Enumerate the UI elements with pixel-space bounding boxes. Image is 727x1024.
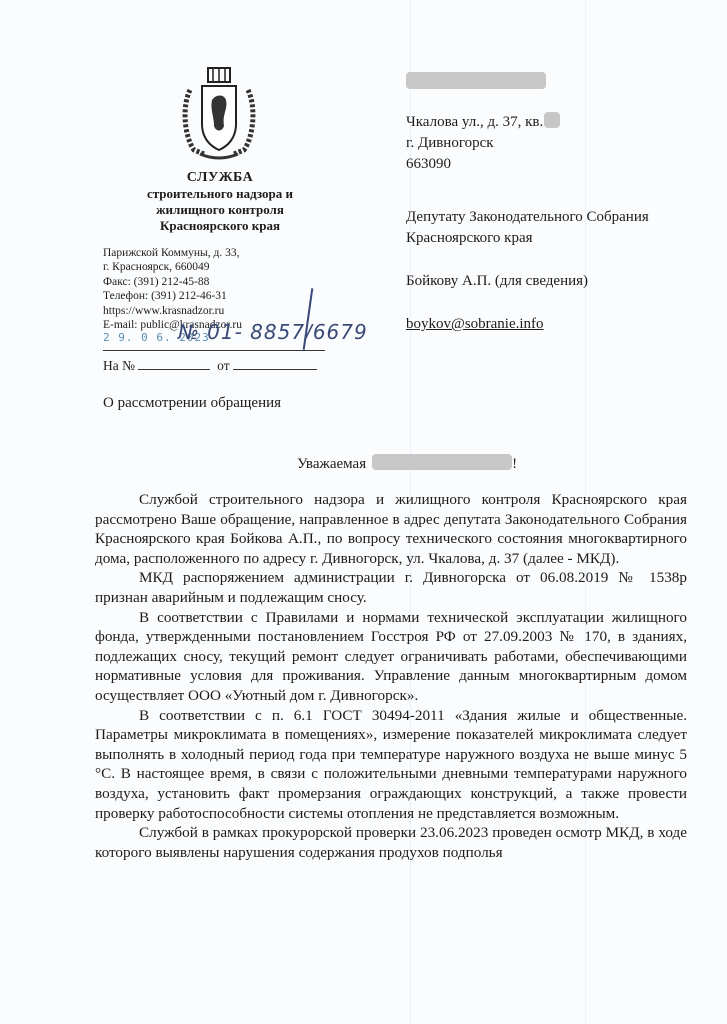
reference-number-blank bbox=[138, 357, 210, 370]
deputy-copy-block: Депутату Законодательного Собрания Красн… bbox=[406, 207, 649, 335]
deputy-title-line: Красноярского края bbox=[406, 228, 649, 249]
agency-line: жилищного контроля bbox=[110, 202, 330, 218]
reference-date-blank bbox=[233, 357, 317, 370]
agency-line: строительного надзора и bbox=[110, 186, 330, 202]
sender-website-link[interactable]: https://www.krasnadzor.ru bbox=[103, 304, 242, 318]
recipient-address: Чкалова ул., д. 37, кв. г. Дивногорск 66… bbox=[406, 112, 560, 175]
recipient-city: г. Дивногорск bbox=[406, 133, 560, 154]
reference-line: На № от bbox=[103, 357, 317, 374]
deputy-email-link[interactable]: boykov@sobranie.info bbox=[406, 314, 649, 335]
agency-line: Красноярского края bbox=[110, 218, 330, 234]
reference-from-label: от bbox=[217, 358, 229, 373]
redacted-apartment-number bbox=[544, 112, 560, 128]
redacted-recipient-name bbox=[406, 72, 546, 89]
letter-subject: О рассмотрении обращения bbox=[103, 395, 281, 412]
sender-address-city: г. Красноярск, 660049 bbox=[103, 260, 242, 274]
deputy-name: Бойкову А.П. (для сведения) bbox=[406, 271, 649, 292]
handwritten-registration-number: № 01- 8857/6679 bbox=[178, 320, 368, 344]
salutation-suffix: ! bbox=[512, 456, 517, 472]
body-paragraph: Службой строительного надзора и жилищног… bbox=[95, 490, 687, 568]
agency-header: СЛУЖБА строительного надзора и жилищного… bbox=[110, 170, 330, 234]
sender-phone: Телефон: (391) 212-46-31 bbox=[103, 289, 242, 303]
letter-page: СЛУЖБА строительного надзора и жилищного… bbox=[0, 0, 727, 1024]
recipient-postcode: 663090 bbox=[406, 154, 560, 175]
registration-line: 2 9. 0 6. 2023 № 01- 8857/6679 bbox=[103, 328, 325, 351]
body-paragraph: В соответствии с Правилами и нормами тех… bbox=[95, 608, 687, 706]
body-paragraph: МКД распоряжением администрации г. Дивно… bbox=[95, 568, 687, 607]
redacted-addressee-name bbox=[372, 454, 512, 470]
krasnoyarsk-coat-of-arms-icon bbox=[180, 66, 258, 164]
deputy-title-line: Депутату Законодательного Собрания bbox=[406, 207, 649, 228]
recipient-street: Чкалова ул., д. 37, кв. bbox=[406, 114, 543, 130]
agency-title: СЛУЖБА bbox=[110, 170, 330, 186]
salutation-prefix: Уважаемая bbox=[297, 456, 366, 472]
sender-fax: Факс: (391) 212-45-88 bbox=[103, 275, 242, 289]
letter-body: Службой строительного надзора и жилищног… bbox=[95, 490, 687, 862]
salutation: Уважаемая! bbox=[297, 454, 517, 473]
body-paragraph: В соответствии с п. 6.1 ГОСТ 30494-2011 … bbox=[95, 706, 687, 824]
reference-number-label: На № bbox=[103, 358, 135, 373]
sender-address-street: Парижской Коммуны, д. 33, bbox=[103, 246, 242, 260]
body-paragraph: Службой в рамках прокурорской проверки 2… bbox=[95, 823, 687, 862]
